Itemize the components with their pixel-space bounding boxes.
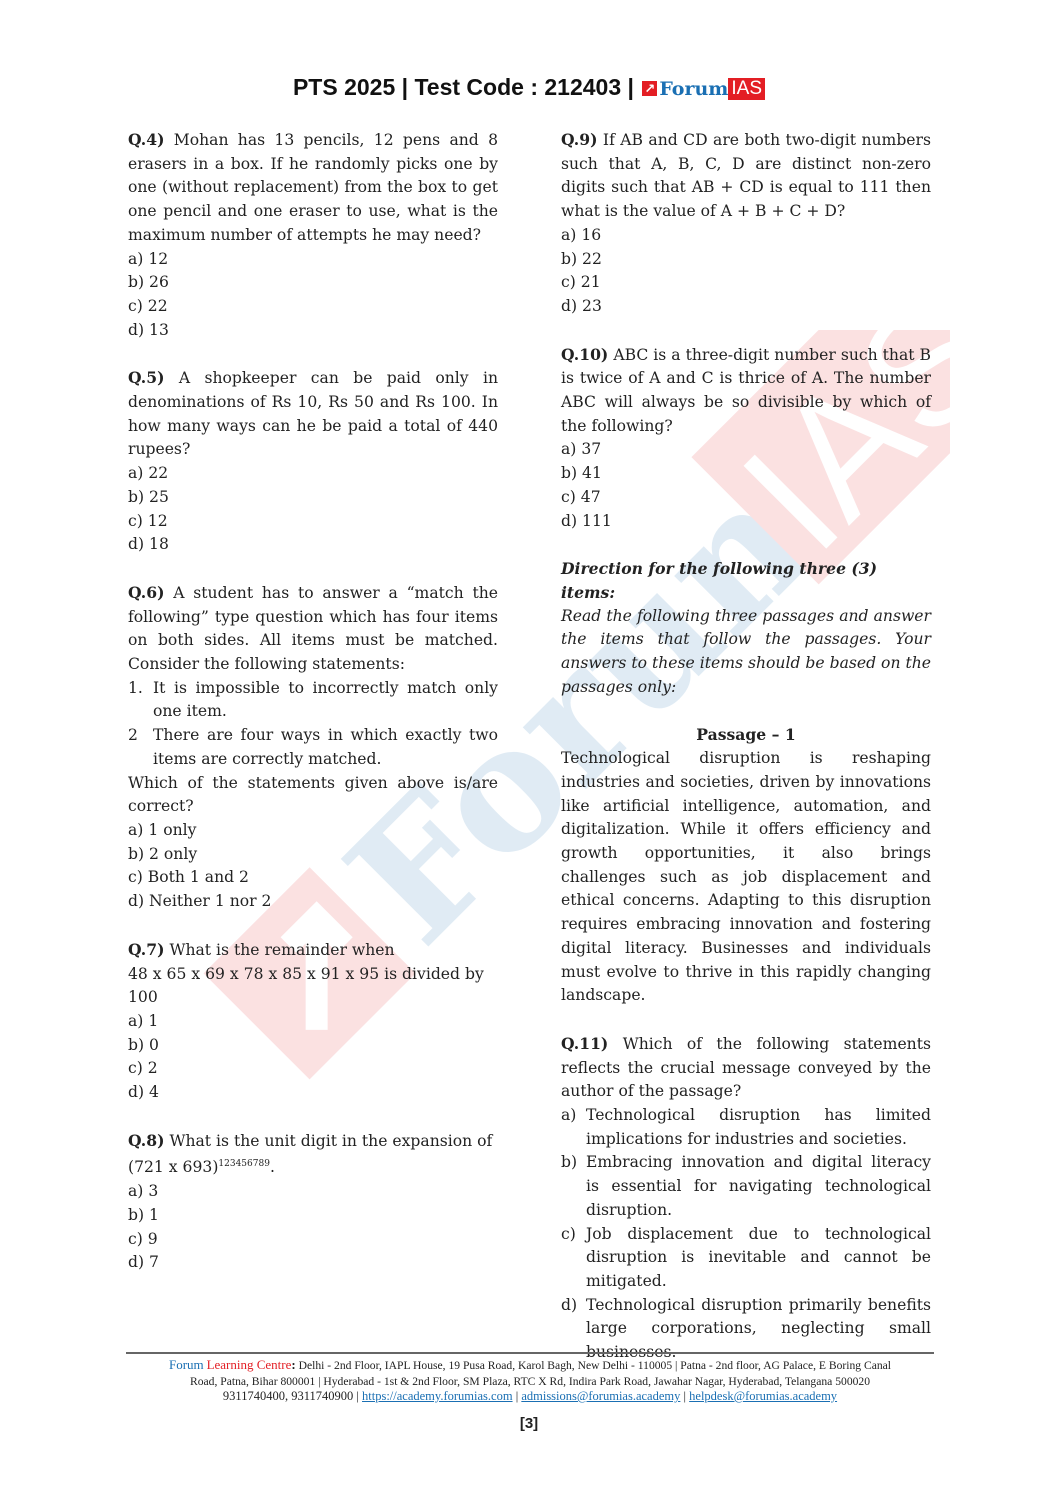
option-a: a) 1 (128, 1010, 498, 1034)
option-c: c) Both 1 and 2 (128, 866, 498, 890)
option-b: b) 26 (128, 271, 498, 295)
option-b: b) 41 (561, 462, 931, 486)
option-letter: b) (561, 1151, 586, 1222)
logo-ias-text: IAS (728, 78, 765, 100)
option-b: b) 0 (128, 1034, 498, 1058)
option-letter: c) (561, 1223, 586, 1294)
option-a: a) 12 (128, 248, 498, 272)
option-b: b) 2 only (128, 843, 498, 867)
question-7: Q.7) What is the remainder when 48 x 65 … (128, 938, 498, 1105)
statement-text: It is impossible to incorrectly match on… (153, 677, 498, 724)
option-a: a) 1 only (128, 819, 498, 843)
question-text: What is the remainder when (169, 941, 394, 959)
option-b: b) 22 (561, 248, 931, 272)
option-letter: a) (561, 1104, 586, 1151)
option-text: Embracing innovation and digital literac… (586, 1151, 931, 1222)
statement-number: 1. (128, 677, 153, 724)
statement-text: There are four ways in which exactly two… (153, 724, 498, 771)
question-number: Q.5) (128, 368, 164, 387)
direction-block: Direction for the following three (3) it… (561, 557, 931, 699)
page-number: [3] (0, 1415, 1058, 1432)
question-8: Q.8) What is the unit digit in the expan… (128, 1129, 498, 1275)
right-column: Q.9) If AB and CD are both two-digit num… (561, 128, 931, 1389)
option-d: d) 18 (128, 533, 498, 557)
option-a: a) 37 (561, 438, 931, 462)
option-text: Technological disruption has limited imp… (586, 1104, 931, 1151)
question-6: Q.6) A student has to answer a “match th… (128, 581, 498, 914)
option-d: d) 4 (128, 1081, 498, 1105)
website-link[interactable]: https://academy.forumias.com (362, 1389, 513, 1403)
question-text: What is the unit digit in the expansion … (169, 1132, 492, 1150)
question-9: Q.9) If AB and CD are both two-digit num… (561, 128, 931, 319)
question-4: Q.4) Mohan has 13 pencils, 12 pens and 8… (128, 128, 498, 342)
option-c: c) 47 (561, 486, 931, 510)
separator: | (684, 1389, 687, 1403)
option-d: d) Neither 1 nor 2 (128, 890, 498, 914)
option-c: c) 21 (561, 271, 931, 295)
question-expression: 48 x 65 x 69 x 78 x 85 x 91 x 95 is divi… (128, 963, 498, 1010)
footer-divider (126, 1352, 934, 1354)
option-b: b) Embracing innovation and digital lite… (561, 1151, 931, 1222)
passage-body: Technological disruption is reshaping in… (561, 747, 931, 1008)
question-number: Q.4) (128, 130, 164, 149)
question-number: Q.10) (561, 345, 608, 364)
statement-number: 2 (128, 724, 153, 771)
separator: | (356, 1389, 359, 1403)
question-10: Q.10) ABC is a three-digit number such t… (561, 343, 931, 534)
statement-1: 1. It is impossible to incorrectly match… (128, 677, 498, 724)
question-11: Q.11) Which of the following statements … (561, 1032, 931, 1365)
option-d: d) 111 (561, 510, 931, 534)
direction-body: Read the following three passages and an… (561, 605, 931, 700)
option-text: Technological disruption primarily benef… (586, 1294, 931, 1365)
option-text: Job displacement due to technological di… (586, 1223, 931, 1294)
admissions-email-link[interactable]: admissions@forumias.academy (521, 1389, 680, 1403)
question-number: Q.7) (128, 940, 164, 959)
option-letter: d) (561, 1294, 586, 1365)
question-text: Which of the following statements reflec… (561, 1035, 931, 1100)
option-a: a) 3 (128, 1180, 498, 1204)
option-c: c) 9 (128, 1228, 498, 1252)
question-number: Q.8) (128, 1131, 164, 1150)
option-c: c) Job displacement due to technological… (561, 1223, 931, 1294)
question-text: If AB and CD are both two-digit numbers … (561, 131, 931, 220)
option-d: d) 13 (128, 319, 498, 343)
question-5: Q.5) A shopkeeper can be paid only in de… (128, 366, 498, 557)
page-footer: Forum Learning Centre: Delhi - 2nd Floor… (126, 1357, 934, 1405)
test-title: PTS 2025 | Test Code : 212403 | (293, 74, 634, 100)
option-a: a) 16 (561, 224, 931, 248)
option-c: c) 22 (128, 295, 498, 319)
question-prompt: Which of the statements given above is/a… (128, 772, 498, 819)
option-b: b) 25 (128, 486, 498, 510)
question-text: ABC is a three-digit number such that B … (561, 346, 931, 435)
option-d: d) Technological disruption primarily be… (561, 1294, 931, 1365)
question-text: Mohan has 13 pencils, 12 pens and 8 eras… (128, 131, 498, 244)
option-c: c) 2 (128, 1057, 498, 1081)
logo-forum-text: Forum (659, 78, 728, 100)
option-a: a) 22 (128, 462, 498, 486)
footer-learning-centre: Learning Centre (207, 1357, 292, 1372)
option-a: a) Technological disruption has limited … (561, 1104, 931, 1151)
footer-colon: : (291, 1357, 295, 1372)
question-number: Q.11) (561, 1034, 608, 1053)
separator: | (516, 1389, 519, 1403)
option-c: c) 12 (128, 510, 498, 534)
question-text: A student has to answer a “match the fol… (128, 584, 498, 673)
footer-address-2: Road, Patna, Bihar 800001 | Hyderabad - … (126, 1374, 934, 1390)
option-d: d) 7 (128, 1251, 498, 1275)
footer-address-1: Delhi - 2nd Floor, IAPL House, 19 Pusa R… (299, 1359, 891, 1372)
expression-exponent: 123456789 (218, 1159, 270, 1169)
statement-2: 2 There are four ways in which exactly t… (128, 724, 498, 771)
question-number: Q.9) (561, 130, 597, 149)
footer-phones: 9311740400, 9311740900 (223, 1389, 353, 1403)
arrow-icon: ↗ (642, 81, 657, 96)
footer-forum: Forum (169, 1357, 204, 1372)
forumias-logo: ↗ Forum IAS (642, 78, 765, 100)
option-d: d) 23 (561, 295, 931, 319)
page-header: PTS 2025 | Test Code : 212403 | ↗ Forum … (0, 74, 1058, 101)
helpdesk-email-link[interactable]: helpdesk@forumias.academy (689, 1389, 837, 1403)
expression-tail: . (270, 1159, 275, 1177)
question-text: A shopkeeper can be paid only in denomin… (128, 369, 498, 458)
left-column: Q.4) Mohan has 13 pencils, 12 pens and 8… (128, 128, 498, 1299)
direction-title: Direction for the following three (3) it… (561, 557, 931, 604)
expression-base: (721 x 693) (128, 1159, 218, 1177)
question-number: Q.6) (128, 583, 164, 602)
passage-title: Passage – 1 (561, 723, 931, 747)
option-b: b) 1 (128, 1204, 498, 1228)
